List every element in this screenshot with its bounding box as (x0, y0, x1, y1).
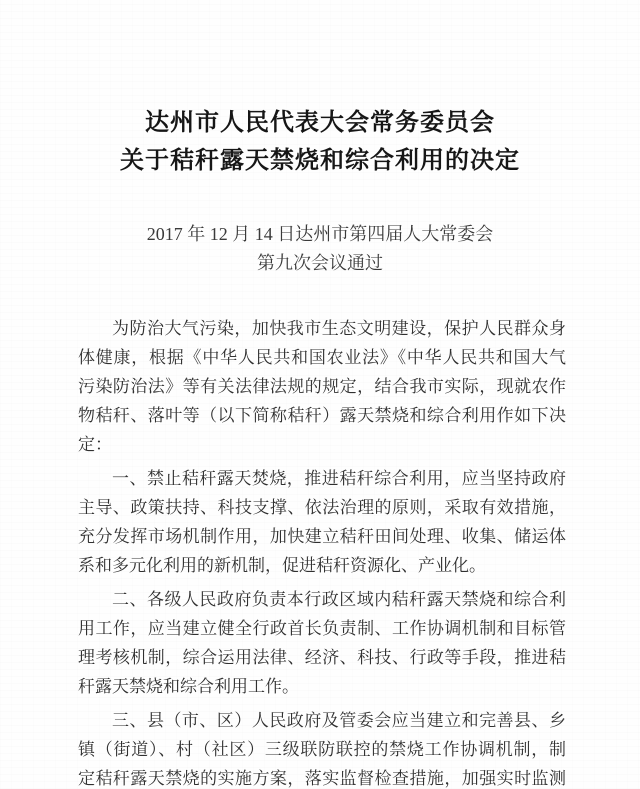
body-line: 体健康，根据《中华人民共和国农业法》《中华人民共和国大气 (78, 343, 566, 372)
body-line: 理考核机制，综合运用法律、经济、科技、行政等手段，推进秸 (78, 643, 566, 672)
body-line: 系和多元化利用的新机制，促进秸秆资源化、产业化。 (78, 551, 566, 580)
body-line: 充分发挥市场机制作用，加快建立秸秆田间处理、收集、储运体 (78, 522, 566, 551)
scanned-document-page: 达州市人民代表大会常务委员会 关于秸秆露天禁烧和综合利用的决定 2017 年 1… (0, 0, 640, 789)
body-line: 主导、政策扶持、科技支撑、依法治理的原则，采取有效措施， (78, 493, 566, 522)
body-line: 用工作，应当建立健全行政首长负责制、工作协调机制和目标管 (78, 614, 566, 643)
body-line: 三、县（市、区）人民政府及管委会应当建立和完善县、乡 (78, 706, 566, 735)
adoption-session-line1: 2017 年 12 月 14 日达州市第四届人大常委会 (0, 220, 640, 249)
body-line: 物秸秆、落叶等（以下简称秸秆）露天禁烧和综合利用作如下决 (78, 401, 566, 430)
body-line: 定： (78, 430, 566, 459)
body-line: 为防治大气污染，加快我市生态文明建设，保护人民群众身 (78, 314, 566, 343)
adoption-session-line2: 第九次会议通过 (0, 249, 640, 278)
document-body: 为防治大气污染，加快我市生态文明建设，保护人民群众身体健康，根据《中华人民共和国… (78, 314, 566, 789)
body-line: 一、禁止秸秆露天焚烧，推进秸秆综合利用，应当坚持政府 (78, 464, 566, 493)
document-title-line1: 达州市人民代表大会常务委员会 (0, 104, 640, 142)
document-title-line2: 关于秸秆露天禁烧和综合利用的决定 (0, 142, 640, 180)
document-title: 达州市人民代表大会常务委员会 关于秸秆露天禁烧和综合利用的决定 (0, 104, 640, 180)
body-line: 二、各级人民政府负责本行政区域内秸秆露天禁烧和综合利 (78, 585, 566, 614)
body-line: 镇（街道）、村（社区）三级联防联控的禁烧工作协调机制，制 (78, 735, 566, 764)
body-line: 污染防治法》等有关法律法规的规定，结合我市实际，现就农作 (78, 372, 566, 401)
body-line: 定秸秆露天禁烧的实施方案，落实监督检查措施，加强实时监测 (78, 764, 566, 789)
body-line: 秆露天禁烧和综合利用工作。 (78, 672, 566, 701)
adoption-session: 2017 年 12 月 14 日达州市第四届人大常委会 第九次会议通过 (0, 220, 640, 278)
